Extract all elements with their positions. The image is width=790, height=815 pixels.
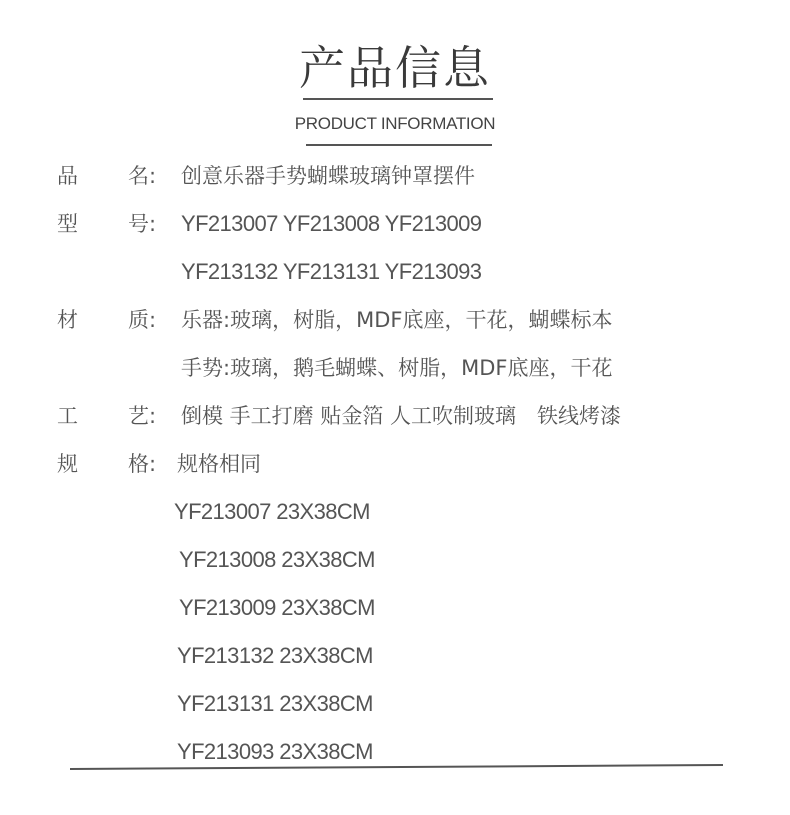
material-prefix: 手势:	[181, 356, 230, 380]
page-title: 产品信息	[0, 38, 790, 98]
material-line: 手势:玻璃，鹅毛蝴蝶、树脂，MDF底座，干花	[181, 354, 612, 382]
field-label-char: 材	[57, 306, 78, 334]
spec-item: YF213132 23X38CM	[177, 642, 373, 670]
model-line: YF213007 YF213008 YF213009	[181, 210, 481, 238]
field-label-char: 号:	[128, 210, 156, 238]
spec-item: YF213131 23X38CM	[177, 690, 373, 718]
spec-item: YF213007 23X38CM	[174, 498, 370, 526]
model-line: YF213132 YF213131 YF213093	[181, 258, 481, 286]
spec-item: YF213009 23X38CM	[179, 594, 375, 622]
field-label-char: 质:	[128, 306, 156, 334]
field-label-char: 规	[57, 450, 78, 478]
title-underline	[303, 98, 493, 100]
spec-value: 规格相同	[177, 450, 261, 478]
field-label-char: 工	[57, 402, 78, 430]
spec-item: YF213093 23X38CM	[177, 738, 373, 766]
field-label-char: 格:	[128, 450, 156, 478]
product-name-value: 创意乐器手势蝴蝶玻璃钟罩摆件	[181, 162, 475, 190]
field-label-char: 型	[57, 210, 78, 238]
field-label-char: 艺:	[128, 402, 156, 430]
page-subtitle: PRODUCT INFORMATION	[0, 114, 790, 134]
field-label-char: 品	[57, 162, 78, 190]
material-text: 玻璃，鹅毛蝴蝶、树脂，MDF底座，干花	[230, 356, 612, 380]
craft-value: 倒模 手工打磨 贴金箔 人工吹制玻璃 铁线烤漆	[181, 402, 621, 430]
material-line: 乐器:玻璃，树脂，MDF底座，干花，蝴蝶标本	[181, 306, 612, 334]
subtitle-underline	[306, 144, 492, 146]
bottom-divider	[70, 764, 723, 770]
material-text: 玻璃，树脂，MDF底座，干花，蝴蝶标本	[230, 308, 612, 332]
field-label-char: 名:	[128, 162, 156, 190]
spec-item: YF213008 23X38CM	[179, 546, 375, 574]
material-prefix: 乐器:	[181, 308, 230, 332]
